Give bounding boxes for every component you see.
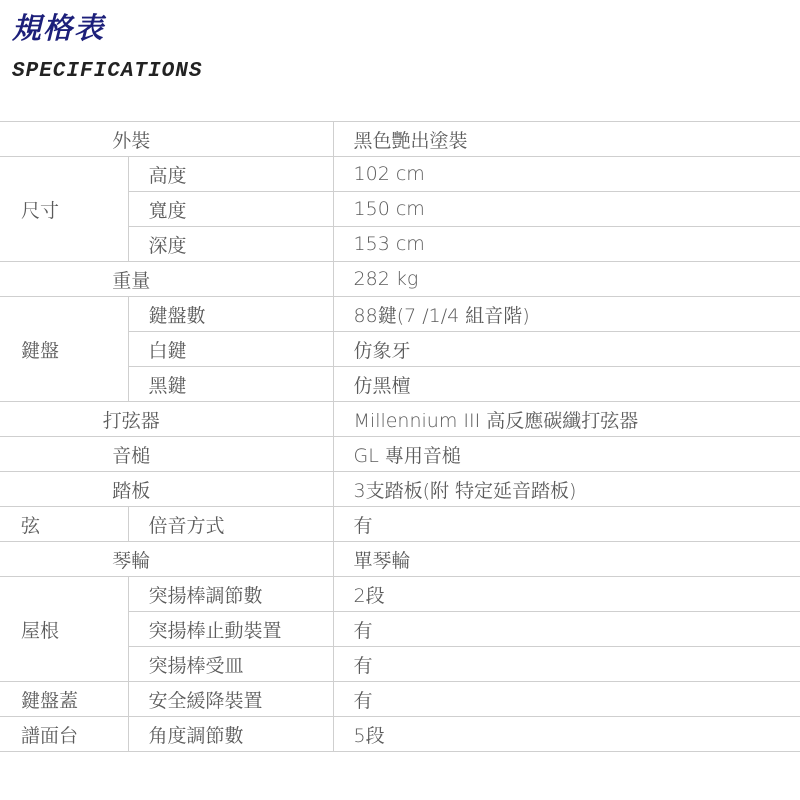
spec-value: 有 bbox=[333, 682, 800, 717]
table-row: 鍵盤 鍵盤數 88鍵(7 /1/4 組音階) bbox=[0, 297, 800, 332]
spec-group-label: 譜面台 bbox=[0, 717, 128, 752]
spec-value: 有 bbox=[333, 647, 800, 682]
spec-value: GL 專用音槌 bbox=[333, 437, 800, 472]
page-title: 規格表 bbox=[12, 6, 105, 47]
spec-item-label: 踏板 bbox=[0, 472, 333, 507]
spec-group-label: 弦 bbox=[0, 507, 128, 542]
table-row: 重量 282 kg bbox=[0, 262, 800, 297]
spec-item-label: 角度調節數 bbox=[128, 717, 333, 752]
spec-value: 單琴輪 bbox=[333, 542, 800, 577]
spec-group-label: 鍵盤 bbox=[0, 297, 128, 402]
table-row: 弦 倍音方式 有 bbox=[0, 507, 800, 542]
spec-item-label: 黑鍵 bbox=[128, 367, 333, 402]
spec-value: 3支踏板(附 特定延音踏板) bbox=[333, 472, 800, 507]
spec-item-label: 突揚棒調節數 bbox=[128, 577, 333, 612]
spec-item-label: 琴輪 bbox=[0, 542, 333, 577]
spec-item-label: 白鍵 bbox=[128, 332, 333, 367]
spec-group-label: 尺寸 bbox=[0, 157, 128, 262]
spec-item-label: 重量 bbox=[0, 262, 333, 297]
table-row: 外裝 黑色艷出塗裝 bbox=[0, 122, 800, 157]
spec-item-label: 安全緩降裝置 bbox=[128, 682, 333, 717]
spec-value: 102 cm bbox=[333, 157, 800, 192]
spec-value: 88鍵(7 /1/4 組音階) bbox=[333, 297, 800, 332]
spec-value: 仿象牙 bbox=[333, 332, 800, 367]
spec-value: Millennium III 高反應碳纖打弦器 bbox=[333, 402, 800, 437]
table-row: 音槌 GL 專用音槌 bbox=[0, 437, 800, 472]
table-row: 屋根 突揚棒調節數 2段 bbox=[0, 577, 800, 612]
spec-value: 2段 bbox=[333, 577, 800, 612]
spec-group-label: 屋根 bbox=[0, 577, 128, 682]
spec-item-label: 打弦器 bbox=[0, 402, 333, 437]
spec-value: 153 cm bbox=[333, 227, 800, 262]
page-subtitle: SPECIFICATIONS bbox=[12, 60, 202, 83]
spec-item-label: 寬度 bbox=[128, 192, 333, 227]
spec-item-label: 突揚棒止動裝置 bbox=[128, 612, 333, 647]
spec-value: 5段 bbox=[333, 717, 800, 752]
table-row: 踏板 3支踏板(附 特定延音踏板) bbox=[0, 472, 800, 507]
table-row: 打弦器 Millennium III 高反應碳纖打弦器 bbox=[0, 402, 800, 437]
table-row: 尺寸 高度 102 cm bbox=[0, 157, 800, 192]
spec-item-label: 倍音方式 bbox=[128, 507, 333, 542]
spec-item-label: 鍵盤數 bbox=[128, 297, 333, 332]
table-row: 鍵盤蓋 安全緩降裝置 有 bbox=[0, 682, 800, 717]
spec-group-label: 鍵盤蓋 bbox=[0, 682, 128, 717]
spec-value: 150 cm bbox=[333, 192, 800, 227]
spec-item-label: 突揚棒受皿 bbox=[128, 647, 333, 682]
spec-value: 282 kg bbox=[333, 262, 800, 297]
spec-item-label: 外裝 bbox=[0, 122, 333, 157]
table-row: 譜面台 角度調節數 5段 bbox=[0, 717, 800, 752]
spec-value: 仿黑檀 bbox=[333, 367, 800, 402]
spec-item-label: 音槌 bbox=[0, 437, 333, 472]
spec-item-label: 深度 bbox=[128, 227, 333, 262]
spec-value: 有 bbox=[333, 507, 800, 542]
spec-item-label: 高度 bbox=[128, 157, 333, 192]
specifications-table: 外裝 黑色艷出塗裝 尺寸 高度 102 cm 寬度 150 cm 深度 153 … bbox=[0, 121, 800, 752]
table-row: 琴輪 單琴輪 bbox=[0, 542, 800, 577]
spec-value: 黑色艷出塗裝 bbox=[333, 122, 800, 157]
spec-value: 有 bbox=[333, 612, 800, 647]
